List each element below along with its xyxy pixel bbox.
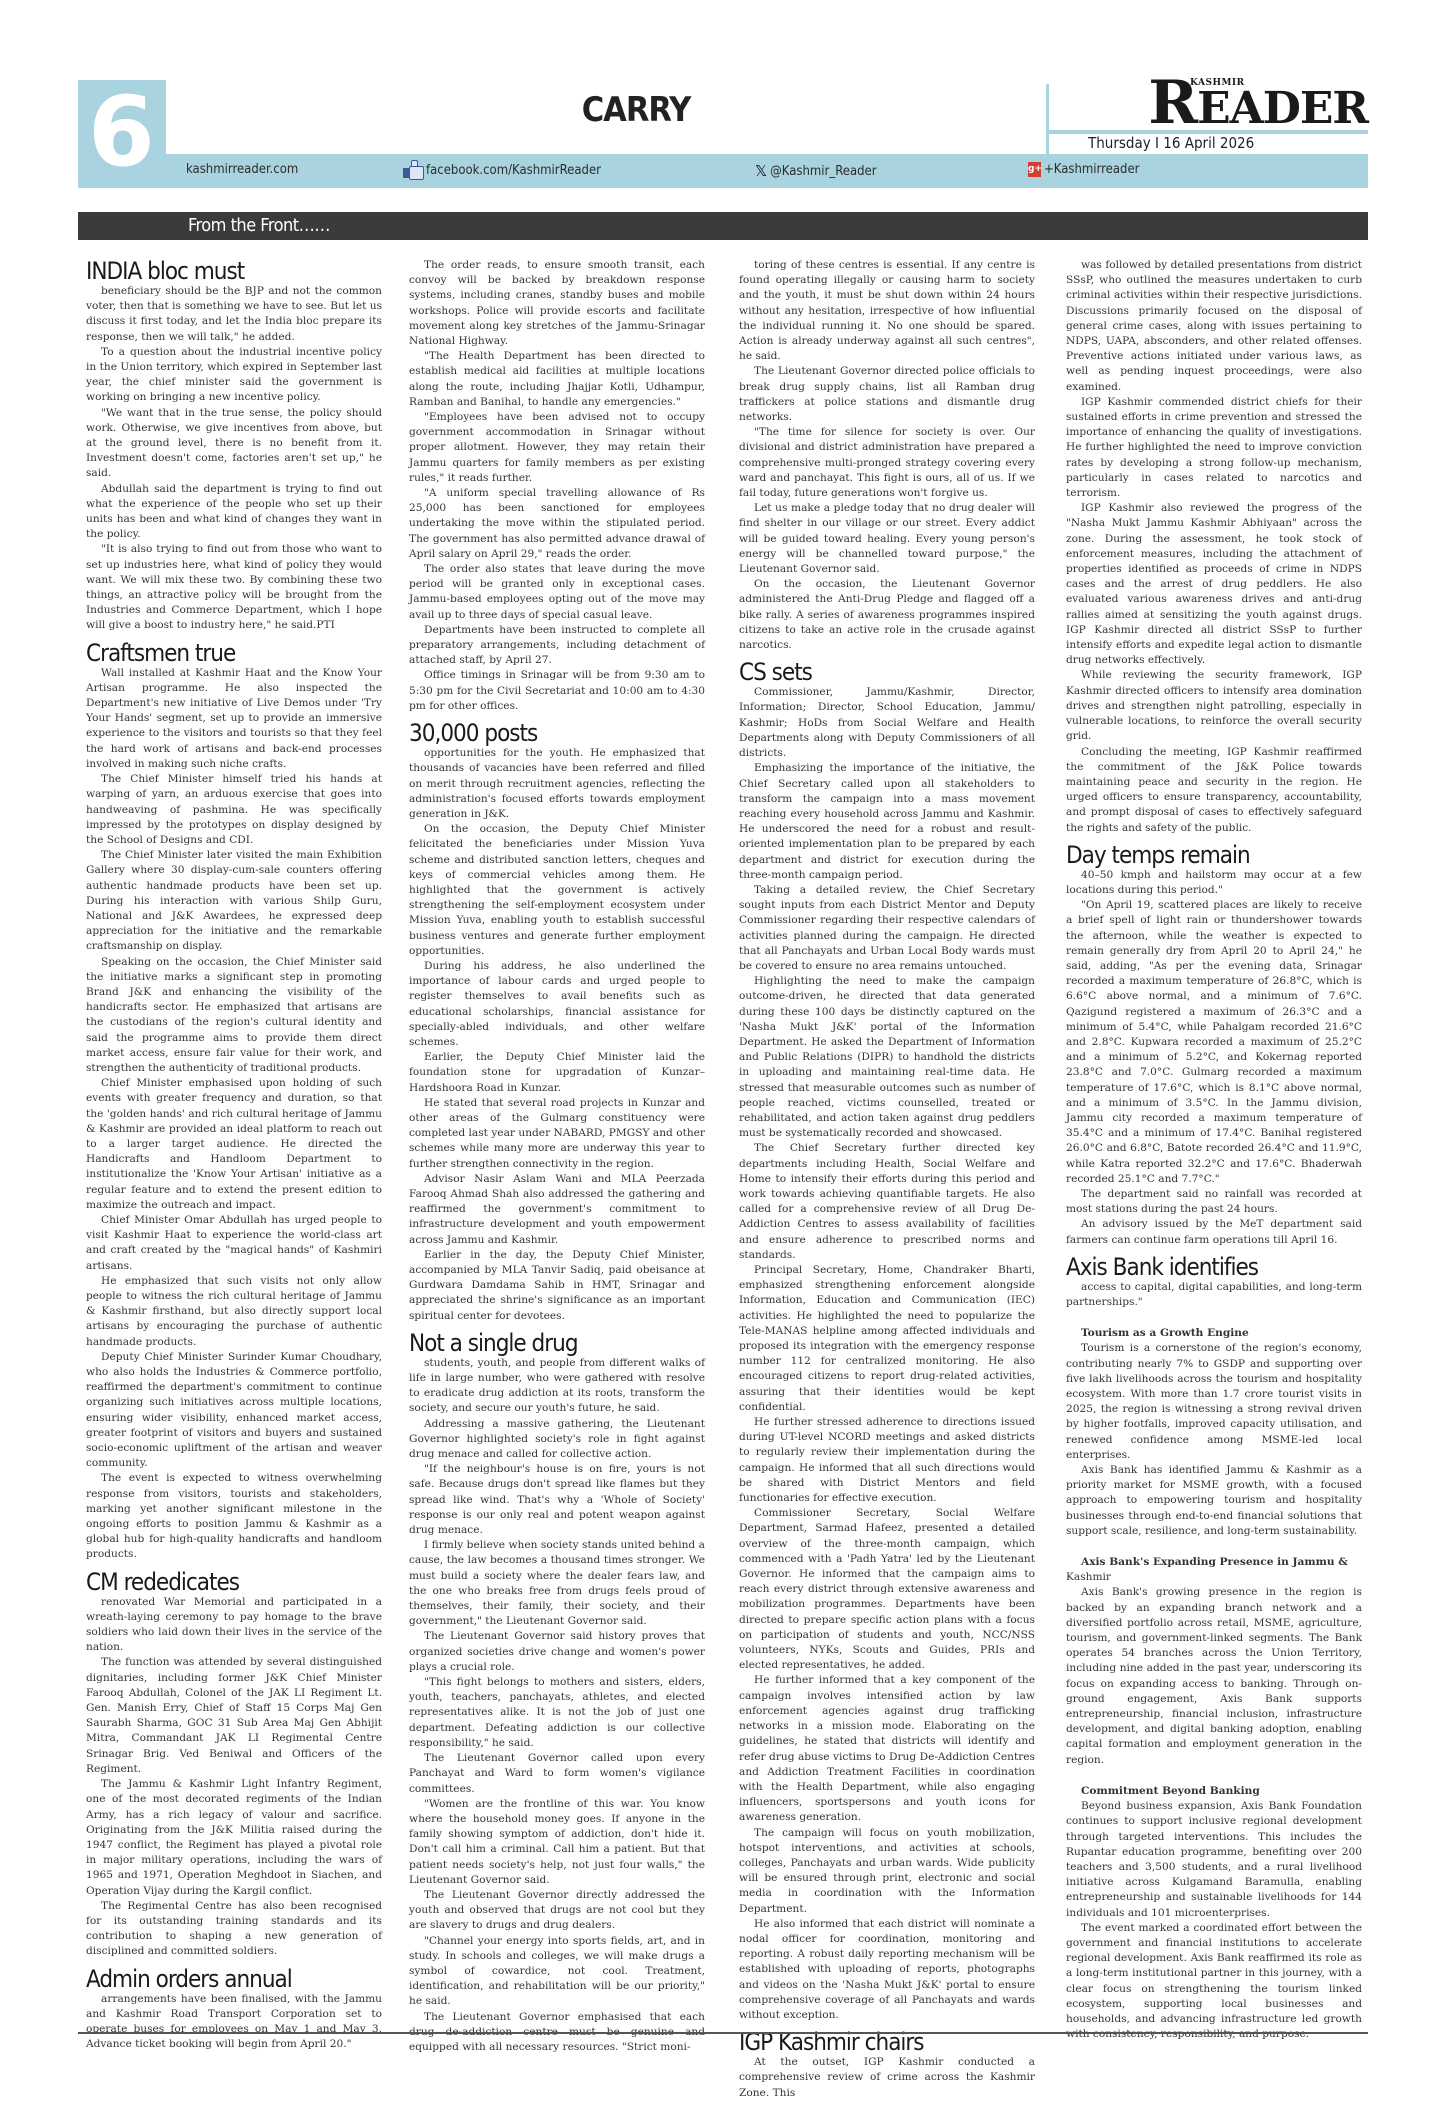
paragraph: The Jammu & Kashmir Light Infantry Regim… <box>86 1777 382 1899</box>
paragraph: access to capital, digital capabilities,… <box>1066 1280 1362 1310</box>
paragraph: The Regimental Centre has also been reco… <box>86 1899 382 1960</box>
headline-india-bloc: INDIA bloc must <box>86 258 382 284</box>
paragraph: Axis Bank's growing presence in the regi… <box>1066 1585 1362 1767</box>
paragraph: He stated that several road projects in … <box>409 1096 705 1172</box>
article-igp-kashmir-continued: was followed by detailed presentations f… <box>1066 258 1362 836</box>
subhead-commitment-beyond-banking: Commitment Beyond Banking <box>1081 1784 1362 1799</box>
paragraph: IGP Kashmir commended district chiefs fo… <box>1066 395 1362 501</box>
paragraph: "This fight belongs to mothers and siste… <box>409 1675 705 1751</box>
issue-date: Thursday I 16 April 2026 <box>1088 134 1254 152</box>
page-number: 6 <box>88 78 155 186</box>
paragraph: The Chief Secretary further directed key… <box>739 1141 1035 1263</box>
article-30000-posts: opportunities for the youth. He emphasiz… <box>409 746 705 1324</box>
section-label: From the Front…… <box>188 215 330 236</box>
paragraph: "The time for silence for society is ove… <box>739 425 1035 501</box>
headline-not-a-single-drug: Not a single drug <box>409 1330 705 1356</box>
paragraph: An advisory issued by the MeT department… <box>1066 1217 1362 1247</box>
googleplus-link[interactable]: g+ +Kashmirreader <box>1028 162 1139 177</box>
article-not-a-single-drug: students, youth, and people from differe… <box>409 1356 705 2055</box>
paragraph: "The Health Department has been directed… <box>409 349 705 410</box>
page-title: CARRY <box>166 90 1106 130</box>
page-bottom-rule <box>78 2032 1368 2034</box>
paragraph: Emphasizing the importance of the initia… <box>739 761 1035 883</box>
paragraph: The campaign will focus on youth mobiliz… <box>739 1826 1035 1917</box>
article-not-a-single-drug-continued: toring of these centres is essential. If… <box>739 258 1035 653</box>
paragraph: Wall installed at Kashmir Haat and the K… <box>86 666 382 772</box>
paragraph: Speaking on the occasion, the Chief Mini… <box>86 955 382 1077</box>
facebook-link[interactable]: facebook.com/KashmirReader <box>403 162 601 178</box>
paragraph: Earlier in the day, the Deputy Chief Min… <box>409 1248 705 1324</box>
twitter-link[interactable]: 𝕏 @Kashmir_Reader <box>755 162 877 180</box>
article-india-bloc: beneficiary should be the BJP and not th… <box>86 284 382 634</box>
paragraph: Commissioner, Jammu/Kashmir, Director, I… <box>739 685 1035 761</box>
paragraph: At the outset, IGP Kashmir conducted a c… <box>739 2055 1035 2101</box>
paragraph: Concluding the meeting, IGP Kashmir reaf… <box>1066 745 1362 836</box>
paragraph: Addressing a massive gathering, the Lieu… <box>409 1417 705 1463</box>
headline-day-temps-remain: Day temps remain <box>1066 842 1362 868</box>
website-link[interactable]: kashmirreader.com <box>186 162 298 177</box>
column-1: INDIA bloc must beneficiary should be th… <box>86 258 382 2052</box>
paragraph: The order reads, to ensure smooth transi… <box>409 258 705 349</box>
article-axis-bank: access to capital, digital capabilities,… <box>1066 1280 1362 2043</box>
paragraph: Highlighting the need to make the campai… <box>739 974 1035 1141</box>
article-day-temps-remain: 40–50 kmph and hailstorm may occur at a … <box>1066 868 1362 1248</box>
paragraph: "Employees have been advised not to occu… <box>409 410 705 486</box>
newspaper-logo: KASHMIR READER <box>1138 74 1368 132</box>
paragraph: "Channel your energy into sports fields,… <box>409 1934 705 2010</box>
paragraph: IGP Kashmir also reviewed the progress o… <box>1066 501 1362 668</box>
paragraph: Chief Minister emphasised upon holding o… <box>86 1076 382 1213</box>
paragraph: He emphasized that such visits not only … <box>86 1274 382 1350</box>
headline-admin-orders: Admin orders annual <box>86 1966 382 1992</box>
paragraph: Departments have been instructed to comp… <box>409 623 705 669</box>
headline-cm-rededicates: CM rededicates <box>86 1569 382 1595</box>
paragraph: Abdullah said the department is trying t… <box>86 482 382 543</box>
googleplus-icon: g+ <box>1028 162 1041 177</box>
paragraph: The function was attended by several dis… <box>86 1655 382 1777</box>
paragraph: Beyond business expansion, Axis Bank Fou… <box>1066 1799 1362 1921</box>
paragraph: students, youth, and people from differe… <box>409 1356 705 1417</box>
paragraph: Principal Secretary, Home, Chandraker Bh… <box>739 1263 1035 1415</box>
paragraph: "We want that in the true sense, the pol… <box>86 406 382 482</box>
paragraph: While reviewing the security framework, … <box>1066 668 1362 744</box>
paragraph: renovated War Memorial and participated … <box>86 1595 382 1656</box>
facebook-like-icon <box>403 162 423 178</box>
subhead-axis-expanding-presence-cont: Kashmir <box>1066 1570 1362 1585</box>
paragraph: The event is expected to witness overwhe… <box>86 1471 382 1562</box>
paragraph: "Women are the frontline of this war. Yo… <box>409 1797 705 1888</box>
paragraph: Tourism is a cornerstone of the region's… <box>1066 1341 1362 1463</box>
article-admin-orders: arrangements have been finalised, with t… <box>86 1992 382 2053</box>
paragraph: beneficiary should be the BJP and not th… <box>86 284 382 345</box>
paragraph: I firmly believe when society stands uni… <box>409 1538 705 1629</box>
paragraph: Commissioner Secretary, Social Welfare D… <box>739 1506 1035 1673</box>
paragraph: opportunities for the youth. He emphasiz… <box>409 746 705 822</box>
paragraph: To a question about the industrial incen… <box>86 345 382 406</box>
paragraph: Let us make a pledge today that no drug … <box>739 501 1035 577</box>
paragraph: Taking a detailed review, the Chief Secr… <box>739 883 1035 974</box>
paragraph: He also informed that each district will… <box>739 1917 1035 2023</box>
paragraph: On the occasion, the Lieutenant Governor… <box>739 577 1035 653</box>
x-logo-icon: 𝕏 <box>755 162 767 180</box>
paragraph: "On April 19, scattered places are likel… <box>1066 898 1362 1187</box>
paragraph: Office timings in Srinagar will be from … <box>409 668 705 714</box>
paragraph: The Lieutenant Governor directed police … <box>739 364 1035 425</box>
paragraph: "A uniform special travelling allowance … <box>409 486 705 562</box>
headline-cs-sets: CS sets <box>739 659 1035 685</box>
paragraph: "It is also trying to find out from thos… <box>86 542 382 633</box>
paragraph: was followed by detailed presentations f… <box>1066 258 1362 395</box>
section-bar: From the Front…… <box>78 212 1368 240</box>
paragraph: The Lieutenant Governor said history pro… <box>409 1629 705 1675</box>
column-2: The order reads, to ensure smooth transi… <box>409 258 705 2055</box>
paragraph: 40–50 kmph and hailstorm may occur at a … <box>1066 868 1362 898</box>
masthead-divider <box>1046 84 1049 154</box>
article-craftsmen-true: Wall installed at Kashmir Haat and the K… <box>86 666 382 1563</box>
paragraph: Advisor Nasir Aslam Wani and MLA Peerzad… <box>409 1172 705 1248</box>
paragraph: He further stressed adherence to directi… <box>739 1415 1035 1506</box>
paragraph: Axis Bank has identified Jammu & Kashmir… <box>1066 1463 1362 1539</box>
paragraph: toring of these centres is essential. If… <box>739 258 1035 364</box>
paragraph: The Lieutenant Governor called upon ever… <box>409 1751 705 1797</box>
masthead: 6 CARRY KASHMIR READER Thursday I 16 Apr… <box>78 80 1368 188</box>
paragraph: Earlier, the Deputy Chief Minister laid … <box>409 1050 705 1096</box>
paragraph: During his address, he also underlined t… <box>409 959 705 1050</box>
paragraph: arrangements have been finalised, with t… <box>86 1992 382 2053</box>
headline-craftsmen-true: Craftsmen true <box>86 640 382 666</box>
subhead-axis-expanding-presence: Axis Bank's Expanding Presence in Jammu … <box>1081 1555 1362 1570</box>
paragraph: He further informed that a key component… <box>739 1673 1035 1825</box>
subhead-tourism-growth-engine: Tourism as a Growth Engine <box>1081 1326 1362 1341</box>
headline-axis-bank-identifies: Axis Bank identifies <box>1066 1254 1362 1280</box>
column-3: toring of these centres is essential. If… <box>739 258 1035 2101</box>
logo-reader-text: READER <box>1148 74 1368 138</box>
paragraph: The order also states that leave during … <box>409 562 705 623</box>
paragraph: The department said no rainfall was reco… <box>1066 1187 1362 1217</box>
paragraph: The event marked a coordinated effort be… <box>1066 1921 1362 2043</box>
column-4: was followed by detailed presentations f… <box>1066 258 1362 2042</box>
paragraph: "If the neighbour's house is on fire, yo… <box>409 1462 705 1538</box>
paragraph: Chief Minister Omar Abdullah has urged p… <box>86 1213 382 1274</box>
paragraph: On the occasion, the Deputy Chief Minist… <box>409 822 705 959</box>
article-admin-orders-continued: The order reads, to ensure smooth transi… <box>409 258 705 714</box>
headline-30000-posts: 30,000 posts <box>409 720 705 746</box>
paragraph: Deputy Chief Minister Surinder Kumar Cho… <box>86 1350 382 1472</box>
paragraph: The Chief Minister himself tried his han… <box>86 772 382 848</box>
paragraph: The Lieutenant Governor directly address… <box>409 1888 705 1934</box>
paragraph: The Chief Minister later visited the mai… <box>86 848 382 954</box>
article-igp-kashmir-chairs: At the outset, IGP Kashmir conducted a c… <box>739 2055 1035 2101</box>
article-cm-rededicates: renovated War Memorial and participated … <box>86 1595 382 1960</box>
page-number-box: 6 <box>78 80 166 188</box>
article-cs-sets: Commissioner, Jammu/Kashmir, Director, I… <box>739 685 1035 2023</box>
